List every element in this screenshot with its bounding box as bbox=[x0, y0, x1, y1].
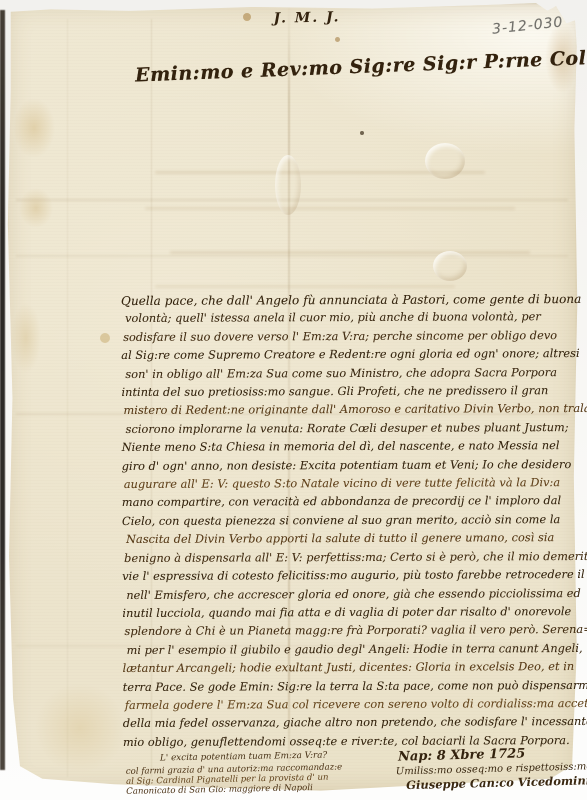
foxing-spot bbox=[335, 37, 340, 42]
body-line: intinta del suo pretiosiss:mo sangue. Gl… bbox=[121, 382, 577, 402]
stain bbox=[35, 683, 125, 773]
body-line: Quella pace, che dall' Angelo fù annunci… bbox=[121, 290, 577, 310]
body-line: son' in obligo all' Em:za Sua come suo M… bbox=[125, 364, 577, 384]
postscript: col farmi grazia d' una autoriz:ma racco… bbox=[126, 761, 407, 797]
body-line: inutil lucciola, quando mai fia atta e d… bbox=[122, 603, 578, 623]
body-line: della mia fedel osservanza, giache altro… bbox=[123, 713, 579, 733]
body-line: giro d' ogn' anno, non desiste: Excita p… bbox=[122, 456, 578, 476]
body-line: mistero di Redent:ne originante dall' Am… bbox=[123, 400, 577, 420]
horizontal-crease bbox=[16, 255, 567, 257]
paper-bump bbox=[433, 251, 467, 281]
body-line: Cielo, con questa pienezza si conviene a… bbox=[122, 511, 578, 531]
signature-block: Umiliss:mo osseq:mo e rispettosiss:mo se… bbox=[396, 762, 582, 792]
margin-crease bbox=[67, 19, 68, 777]
body-line: mi per l' esempio il giubilo e gaudio de… bbox=[127, 640, 579, 660]
ink-showthrough bbox=[170, 251, 530, 254]
stain bbox=[19, 188, 53, 228]
scanner-edge-shadow bbox=[0, 10, 5, 770]
body-line: sciorono implorarne la venuta: Rorate Cœ… bbox=[126, 419, 578, 439]
foxing-spot bbox=[243, 13, 251, 21]
body-line: vie l' espressiva di cotesto felicitiss:… bbox=[122, 566, 578, 586]
body-line: mano compartire, con veracità ed abbonda… bbox=[122, 492, 578, 512]
body-line: volontà; quell' istessa anela il cuor mi… bbox=[125, 308, 577, 328]
body-line: augurare all' E: V: questo S:to Natale v… bbox=[124, 474, 578, 494]
ink-showthrough bbox=[155, 285, 455, 288]
stain bbox=[13, 98, 55, 158]
body-line: Nascita del Divin Verbo apporti la salut… bbox=[126, 529, 578, 549]
body-line: nell' Emisfero, che accrescer gloria ed … bbox=[126, 585, 578, 605]
body-line: Niente meno S:ta Chiesa in memoria del d… bbox=[122, 437, 578, 457]
signature-line: Giuseppe Can:co Vicedomini di Majo bbox=[406, 774, 581, 791]
body-line: farmela godere l' Em:za Sua col ricevere… bbox=[125, 695, 579, 715]
paper-bump bbox=[275, 155, 301, 215]
stain bbox=[11, 303, 41, 373]
ink-showthrough bbox=[145, 207, 515, 210]
body-line: sodisfare il suo dovere verso l' Em:za V… bbox=[123, 327, 577, 347]
body-line: splendore à Chi è un Pianeta magg:re frà… bbox=[124, 621, 578, 641]
paper-bump bbox=[425, 143, 465, 179]
scan-background: { "document": { "catalog_number": "3-12-… bbox=[0, 0, 587, 800]
foxing-spot bbox=[360, 131, 364, 135]
body-line: terra Pace. Se gode Emin: Sig:re la terr… bbox=[123, 677, 579, 697]
body-line: lætantur Arcangeli; hodie exultant Justi… bbox=[123, 658, 579, 678]
monogram-jmj: J. M. J. bbox=[252, 9, 362, 27]
body-line: benigno à dispensarla all' E: V: perfett… bbox=[124, 548, 578, 568]
letter-body: Quella pace, che dall' Angelo fù annunci… bbox=[121, 290, 579, 752]
foxing-spot bbox=[100, 333, 110, 343]
body-line: al Sig:re come Supremo Creatore e Redent… bbox=[121, 345, 577, 365]
